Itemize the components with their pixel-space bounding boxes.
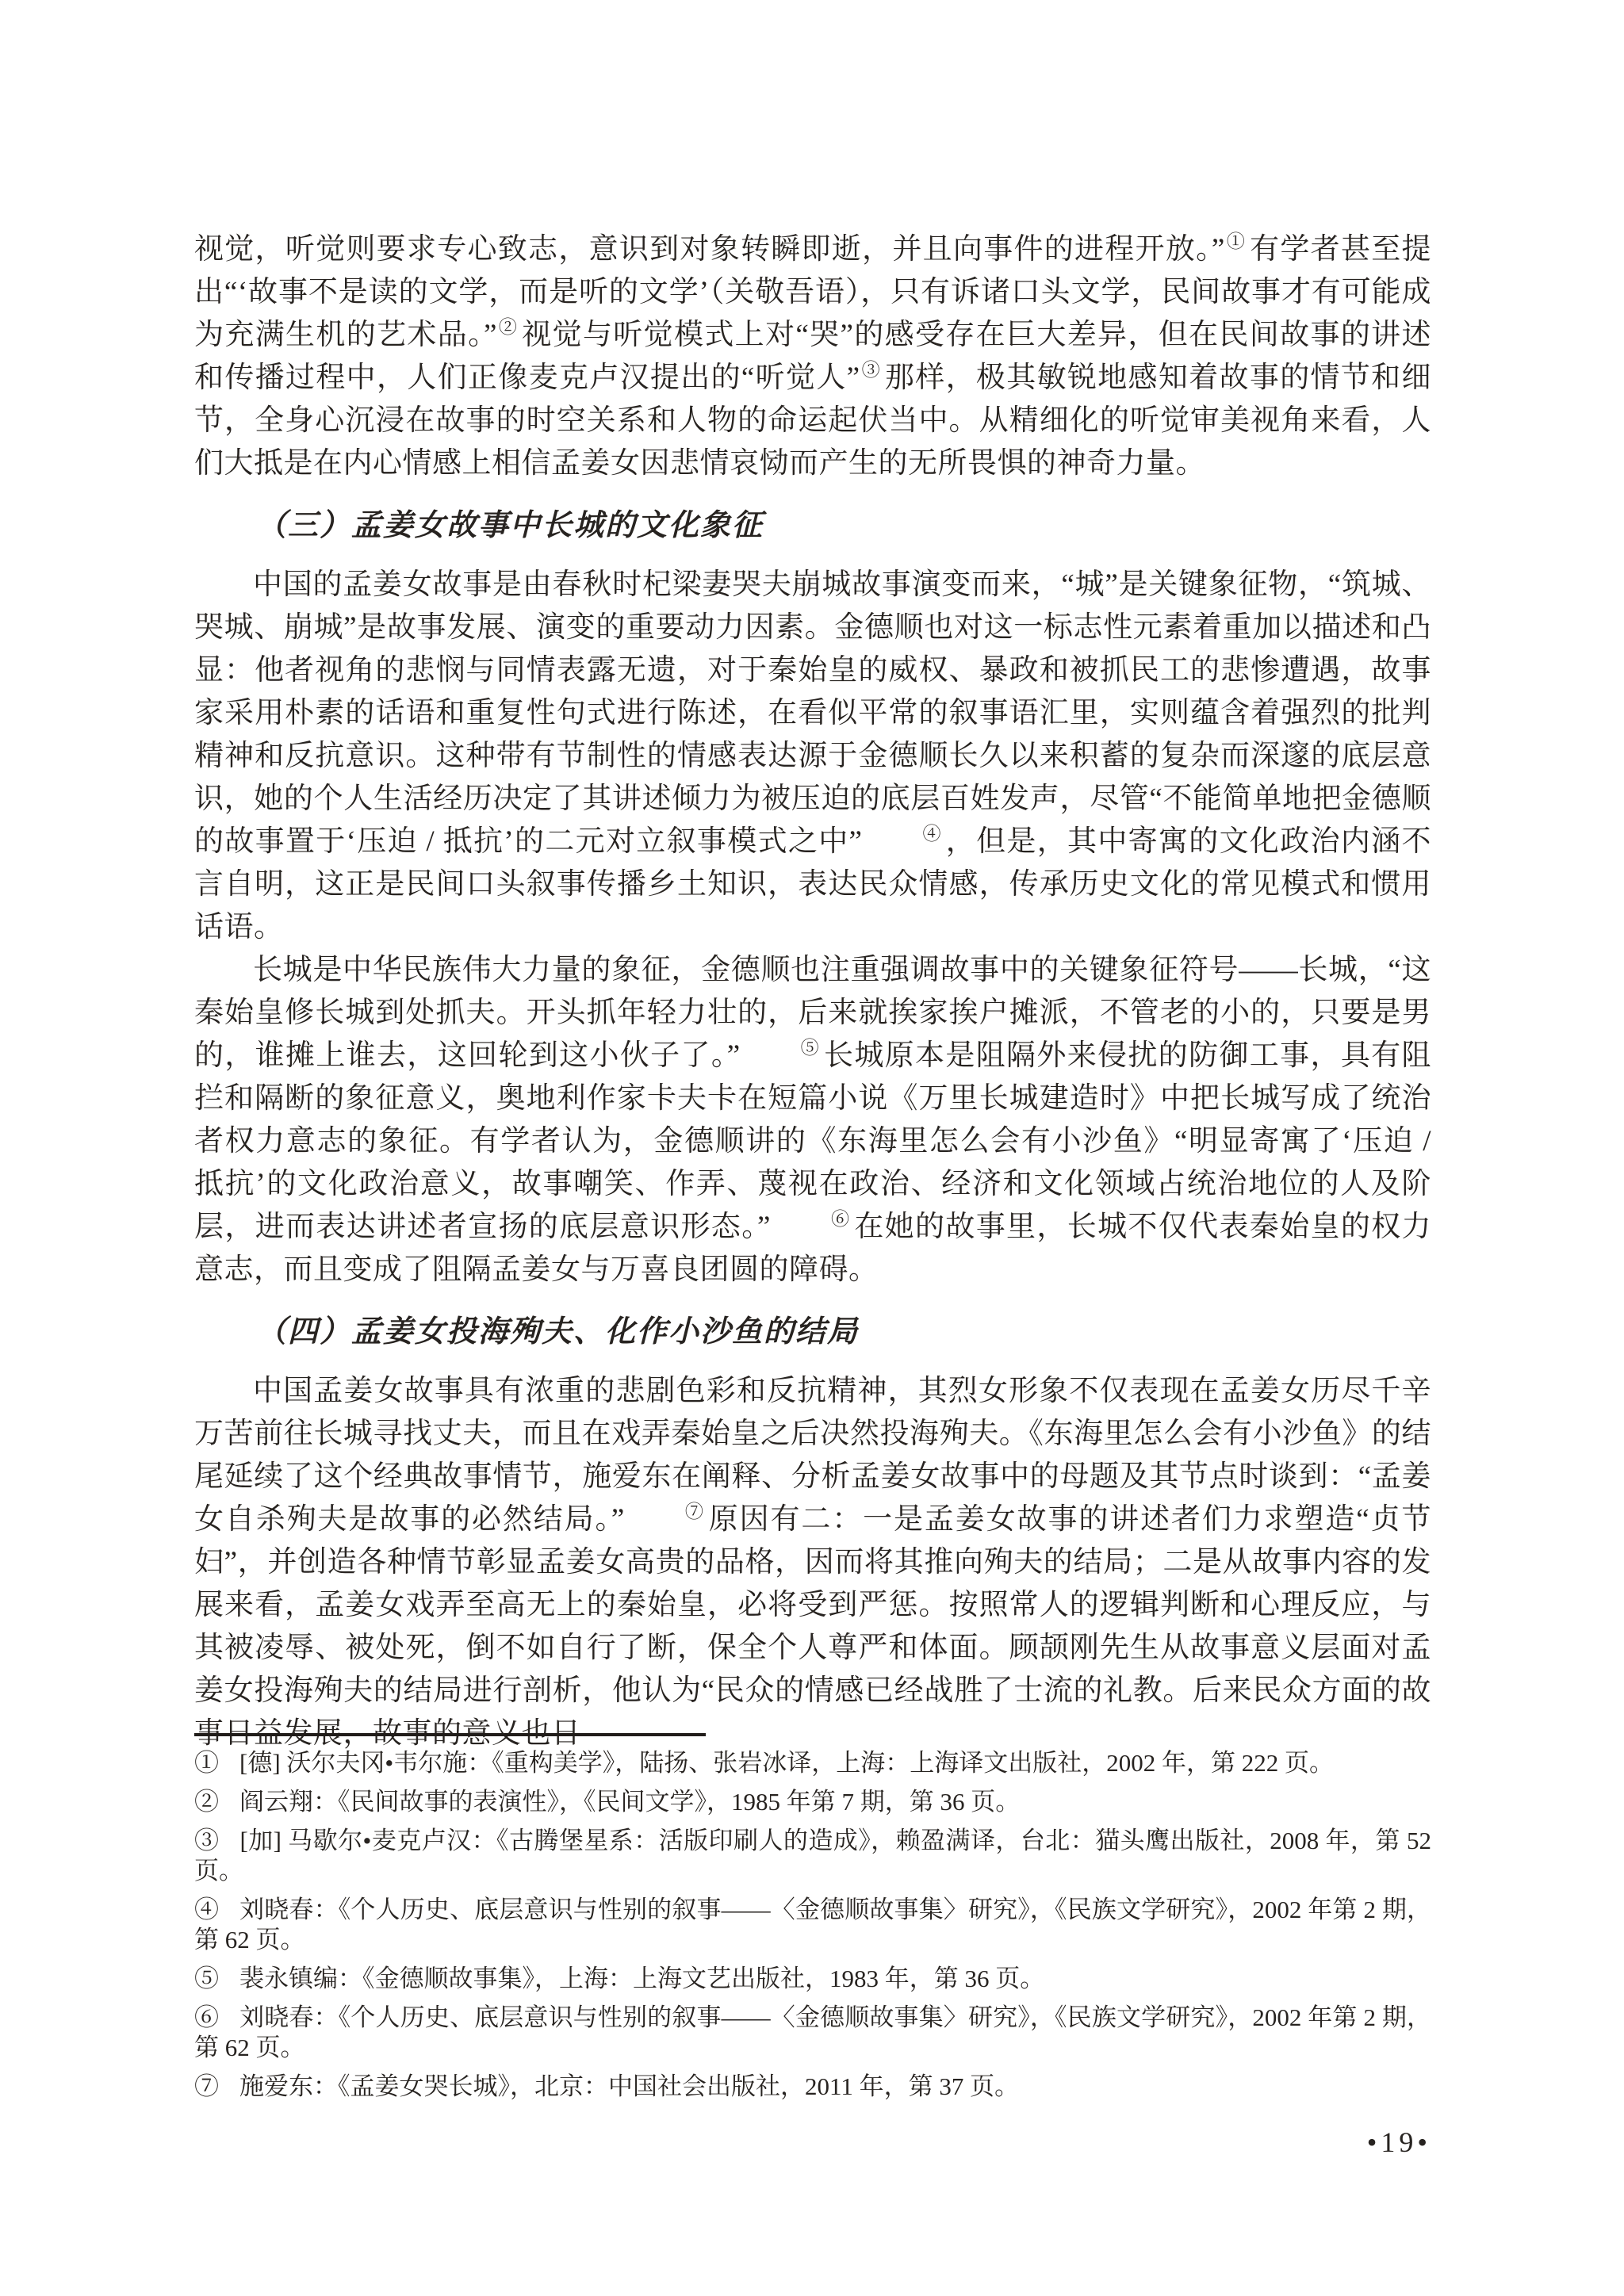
footnote-item: ③[加] 马歇尔•麦克卢汉：《古腾堡星系：活版印刷人的造成》，赖盈满译，台北：猫… bbox=[194, 1826, 1431, 1886]
scanned-paper-page: 视觉，听觉则要求专心致志，意识到对象转瞬即逝，并且向事件的进程开放。”①有学者甚… bbox=[0, 0, 1624, 2296]
footnote-divider bbox=[194, 1733, 706, 1736]
footnote-marker: ⑦ bbox=[194, 2072, 219, 2100]
footnote-text: 刘晓春：《个人历史、底层意识与性别的叙事——〈金德顺故事集〉研究》，《民族文学研… bbox=[194, 1896, 1431, 1954]
footnote-item: ①[德] 沃尔夫冈•韦尔施：《重构美学》，陆扬、张岩冰译，上海：上海译文出版社，… bbox=[194, 1748, 1431, 1778]
footnote-text: 阎云翔：《民间故事的表演性》，《民间文学》，1985 年第 7 期，第 36 页… bbox=[239, 1788, 1020, 1816]
body-paragraph: 视觉，听觉则要求专心致志，意识到对象转瞬即逝，并且向事件的进程开放。”①有学者甚… bbox=[194, 228, 1431, 485]
footnote-marker: ⑤ bbox=[194, 1965, 219, 1992]
footnote-item: ④刘晓春：《个人历史、底层意识与性别的叙事——〈金德顺故事集〉研究》，《民族文学… bbox=[194, 1895, 1431, 1955]
footnote-marker: ② bbox=[194, 1788, 219, 1816]
body-paragraph: 中国孟姜女故事具有浓重的悲剧色彩和反抗精神，其烈女形象不仅表现在孟姜女历尽千辛万… bbox=[194, 1370, 1431, 1755]
footnote-item: ②阎云翔：《民间故事的表演性》，《民间文学》，1985 年第 7 期，第 36 … bbox=[194, 1787, 1431, 1817]
footnotes-list: ①[德] 沃尔夫冈•韦尔施：《重构美学》，陆扬、张岩冰译，上海：上海译文出版社，… bbox=[194, 1748, 1431, 2110]
footnote-text: [加] 马歇尔•麦克卢汉：《古腾堡星系：活版印刷人的造成》，赖盈满译，台北：猫头… bbox=[194, 1827, 1431, 1885]
footnote-marker: ⑥ bbox=[194, 2003, 219, 2031]
page-number: •19• bbox=[194, 2126, 1431, 2158]
footnote-item: ⑦施爱东：《孟姜女哭长城》，北京：中国社会出版社，2011 年，第 37 页。 bbox=[194, 2072, 1431, 2102]
article-body: 视觉，听觉则要求专心致志，意识到对象转瞬即逝，并且向事件的进程开放。”①有学者甚… bbox=[194, 228, 1431, 1755]
section-heading: （四）孟姜女投海殉夫、化作小沙鱼的结局 bbox=[194, 1311, 1431, 1353]
footnote-text: 裴永镇编：《金德顺故事集》，上海：上海文艺出版社，1983 年，第 36 页。 bbox=[239, 1965, 1044, 1992]
section-heading: （三）孟姜女故事中长城的文化象征 bbox=[194, 504, 1431, 547]
body-paragraph: 长城是中华民族伟大力量的象征，金德顺也注重强调故事中的关键象征符号——长城，“这… bbox=[194, 949, 1431, 1291]
body-paragraph: 中国的孟姜女故事是由春秋时杞梁妻哭夫崩城故事演变而来，“城”是关键象征物，“筑城… bbox=[194, 564, 1431, 949]
footnote-text: 施爱东：《孟姜女哭长城》，北京：中国社会出版社，2011 年，第 37 页。 bbox=[239, 2072, 1019, 2100]
footnote-item: ⑤裴永镇编：《金德顺故事集》，上海：上海文艺出版社，1983 年，第 36 页。 bbox=[194, 1964, 1431, 1994]
footnote-text: 刘晓春：《个人历史、底层意识与性别的叙事——〈金德顺故事集〉研究》，《民族文学研… bbox=[194, 2003, 1431, 2061]
footnote-marker: ④ bbox=[194, 1896, 219, 1923]
footnote-text: [德] 沃尔夫冈•韦尔施：《重构美学》，陆扬、张岩冰译，上海：上海译文出版社，2… bbox=[239, 1749, 1334, 1777]
footnote-marker: ③ bbox=[194, 1827, 219, 1854]
footnote-marker: ① bbox=[194, 1749, 219, 1777]
footnote-item: ⑥刘晓春：《个人历史、底层意识与性别的叙事——〈金德顺故事集〉研究》，《民族文学… bbox=[194, 2003, 1431, 2063]
